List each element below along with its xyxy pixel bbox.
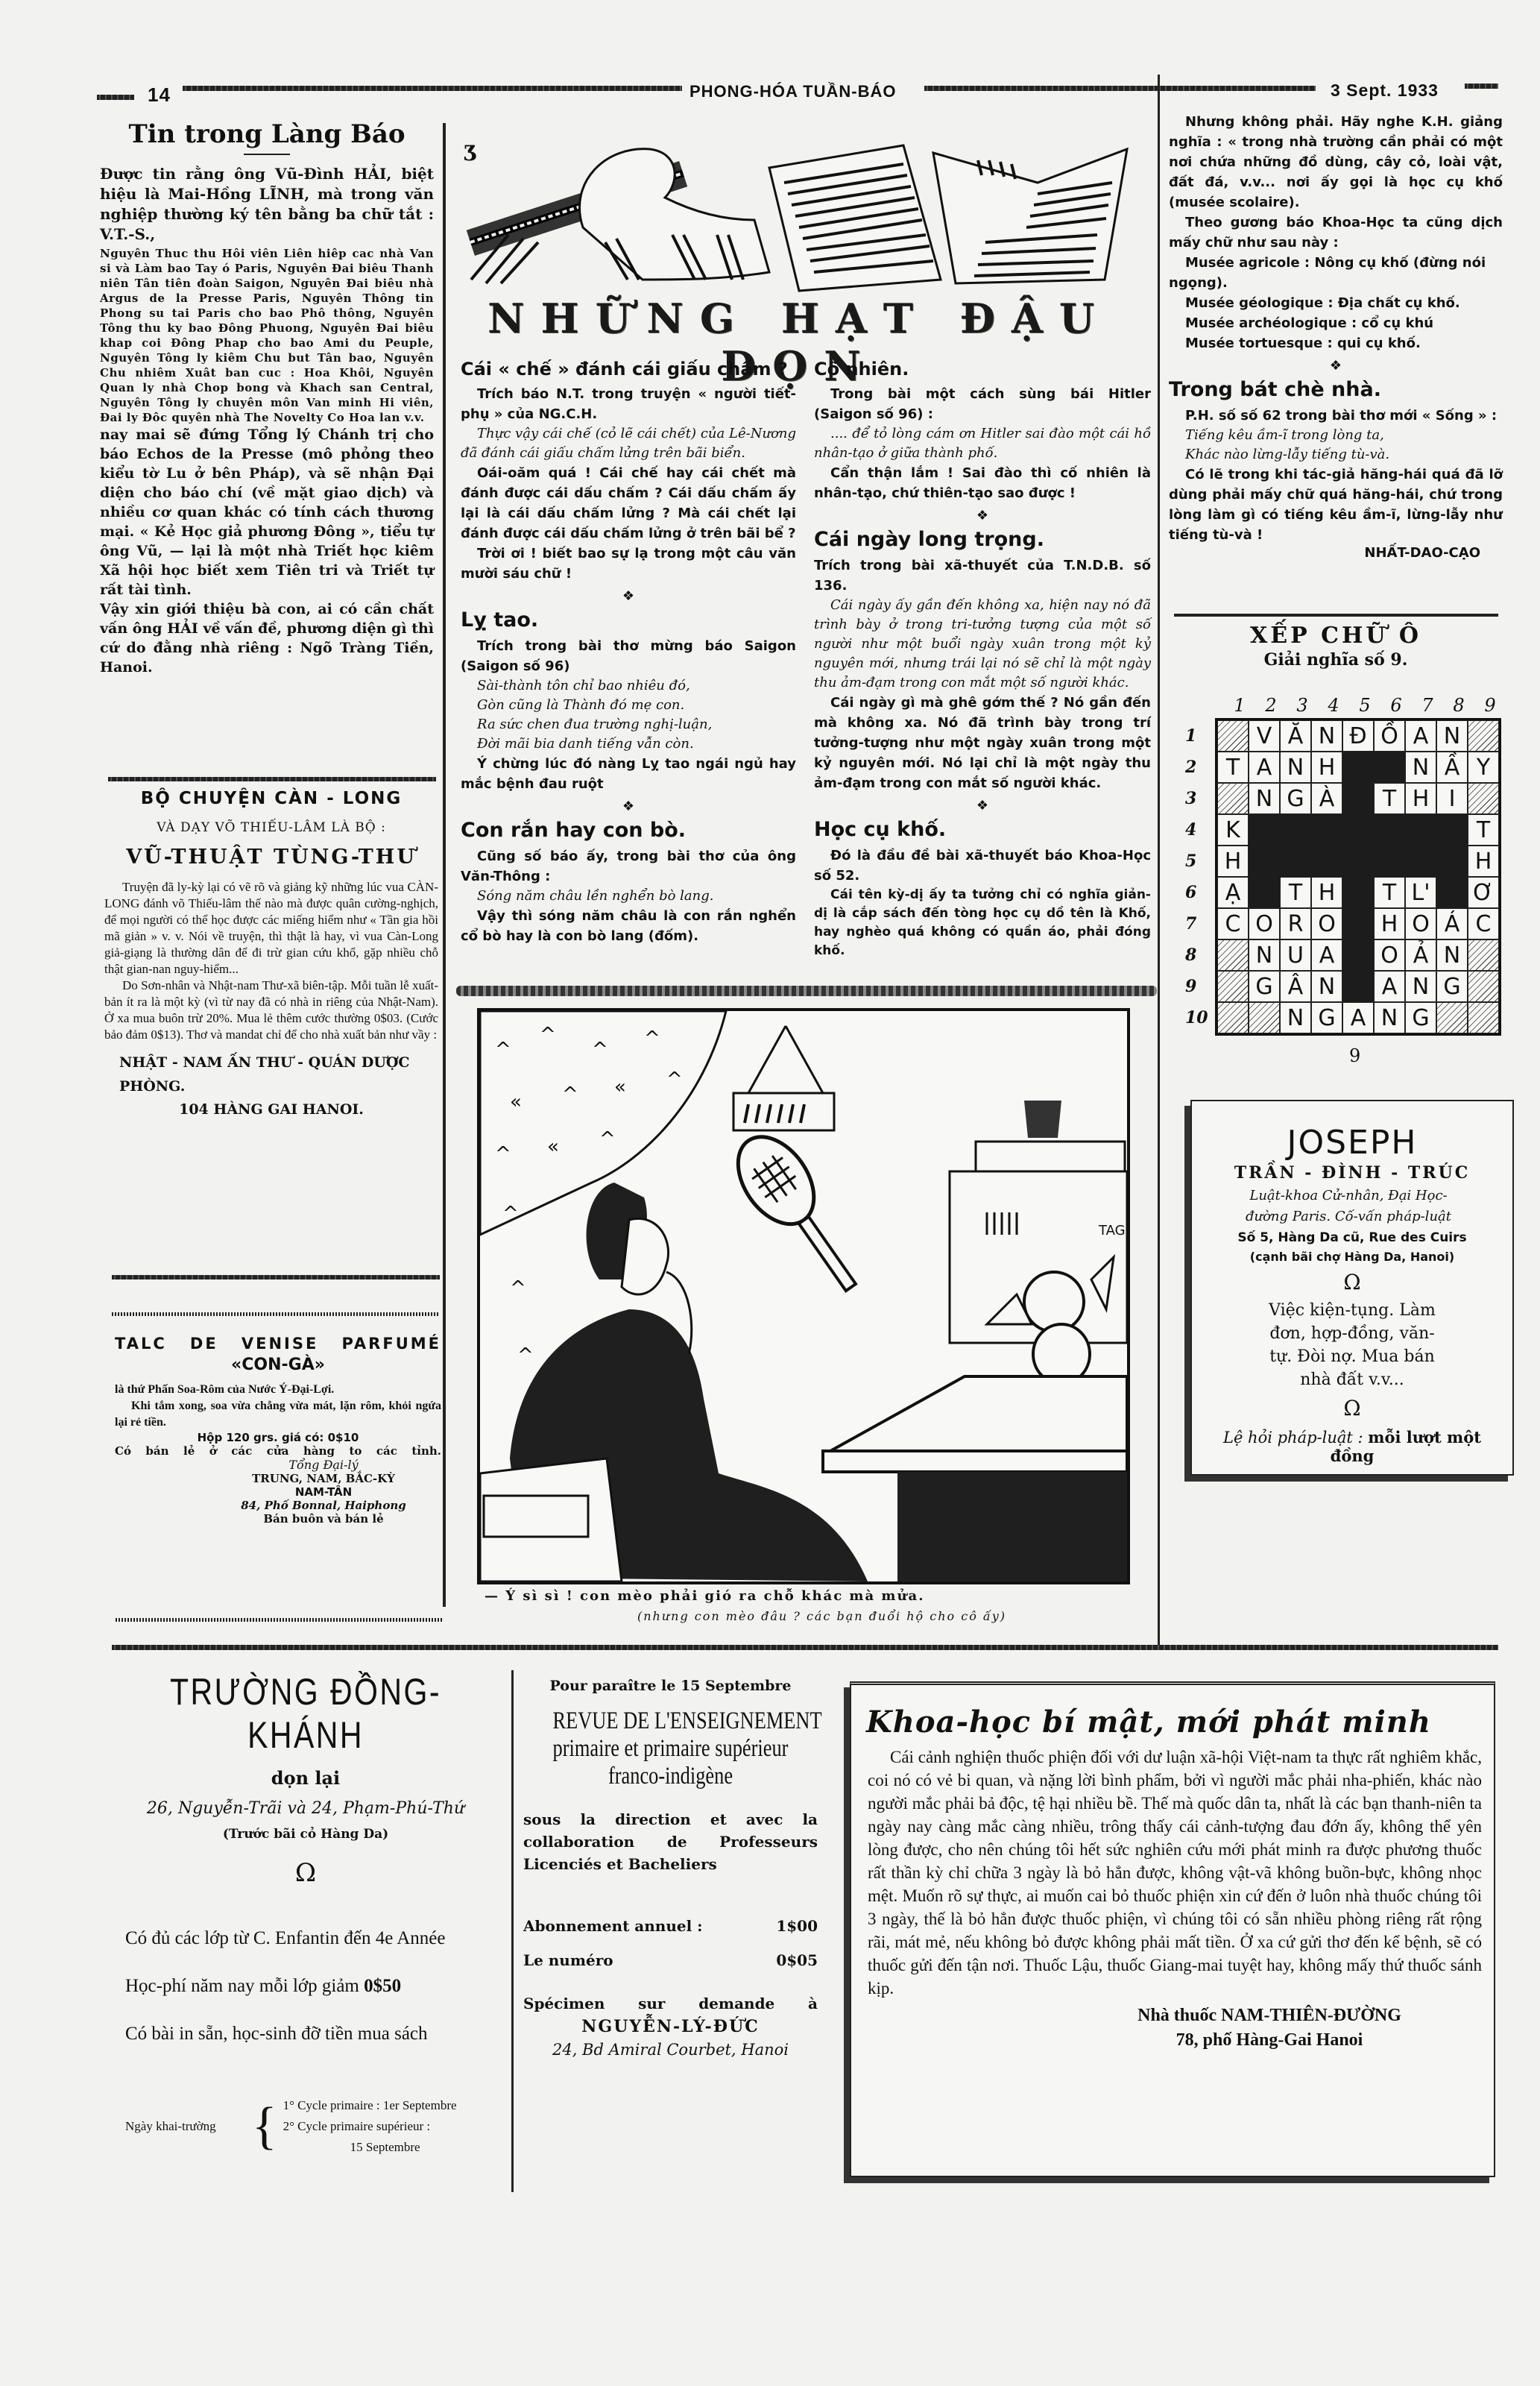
- ornament-icon: Ω: [1192, 1396, 1512, 1420]
- ornament-icon: Ω: [1192, 1270, 1512, 1294]
- fee-label: Lệ hỏi pháp-luật :: [1223, 1429, 1363, 1447]
- header-rule-right: [1465, 84, 1498, 89]
- crossword-hatched-cell: [1468, 1002, 1499, 1033]
- crossword-letter-cell: N: [1249, 939, 1280, 971]
- crossword-letter-cell: O: [1374, 939, 1405, 971]
- crossword-letter-cell: A: [1249, 752, 1280, 783]
- crossword-black-cell: [1342, 908, 1374, 939]
- svg-text:^: ^: [644, 1027, 660, 1050]
- crossword-letter-cell: H: [1311, 752, 1342, 783]
- crossword-letter-cell: A: [1311, 939, 1342, 971]
- ornament-icon: ❖: [461, 799, 796, 814]
- publisher-address: 104 HÀNG GAI HANOI.: [104, 1101, 438, 1118]
- divider-dotted: [112, 1312, 440, 1316]
- article-para: P.H. số số 62 trong bài thơ mới « Sống »…: [1169, 406, 1503, 426]
- crossword-letter-cell: Ạ: [1217, 877, 1249, 908]
- publisher-name: NHẬT - NAM ẤN THƯ - QUÁN DƯỢC PHÒNG.: [104, 1051, 438, 1098]
- cartoon-caption: — Ý sì sì ! con mèo phải gió ra chỗ khác…: [485, 1588, 924, 1604]
- article-column-c: Nhưng không phải. Hãy nghe K.H. giảng ng…: [1169, 112, 1503, 561]
- ad-paragraph-2: Do Sơn-nhân và Nhật-nam Thư-xã biên-tập.…: [104, 978, 438, 1043]
- joseph-ad: JOSEPH TRẦN - ĐÌNH - TRÚC Luật-khoa Cử-n…: [1190, 1100, 1514, 1476]
- crossword-letter-cell: H: [1311, 877, 1342, 908]
- crossword-letter-cell: N: [1249, 783, 1280, 814]
- revue-price-issue: Le numéro 0$05: [523, 1951, 818, 1969]
- crossword-black-cell: [1342, 877, 1374, 908]
- can-long-ad: BỘ CHUYỆN CÀN - LONG VÀ DẠY VÕ THIẾU-LÂM…: [104, 789, 438, 1118]
- svg-text:^: ^: [592, 1039, 608, 1061]
- article-para: Đó là đầu đề bài xã-thuyết báo Khoa-Học …: [814, 846, 1151, 886]
- crossword-letter-cell: G: [1280, 783, 1311, 814]
- crossword-col-label: 5: [1349, 695, 1380, 716]
- talc-brand: «CON-GÀ»: [115, 1356, 441, 1374]
- issue-date: 3 Sept. 1933: [1331, 81, 1439, 101]
- ornament-icon: Ω: [112, 1858, 499, 1888]
- revue-subtitle-1: primaire et primaire supérieur: [553, 1735, 789, 1763]
- crossword-letter-cell: Ă: [1280, 720, 1311, 752]
- article-para: Nhưng không phải. Hãy nghe K.H. giảng ng…: [1169, 112, 1503, 213]
- crossword-title: XẾP CHỮ Ô: [1169, 623, 1503, 649]
- svg-text:^: ^: [517, 1344, 534, 1367]
- crossword-hatched-cell: [1217, 939, 1249, 971]
- banner-illustration: Ʒ: [456, 123, 1142, 295]
- crossword-letter-cell: O: [1405, 908, 1436, 939]
- crossword-letter-cell: H: [1374, 908, 1405, 939]
- article-para: Vậy thì sóng năm châu là con rắn nghển c…: [461, 906, 796, 946]
- crossword-black-cell: [1405, 814, 1436, 846]
- svg-text:^: ^: [540, 1024, 556, 1046]
- article-signature: NHẤT-DAO-CẠO: [1169, 545, 1503, 561]
- crossword-letter-cell: R: [1280, 908, 1311, 939]
- crossword-black-cell: [1342, 846, 1374, 877]
- opening-item: 15 Septembre: [283, 2137, 457, 2158]
- ad-body: Cái cảnh nghiện thuốc phiện đối với dư l…: [851, 1740, 1494, 2000]
- crossword-letter-cell: Ơ: [1468, 877, 1499, 908]
- svg-text:^: ^: [495, 1143, 511, 1165]
- crossword-row-label: 6: [1185, 877, 1215, 908]
- article-para: Trời ơi ! biết bao sự lạ trong một câu v…: [461, 544, 796, 584]
- article-quote: .... để tỏ lòng cám ơn Hitler sai đào mộ…: [814, 424, 1151, 463]
- crossword-letter-cell: Ầ: [1436, 752, 1468, 783]
- crossword-black-cell: [1249, 814, 1280, 846]
- crossword-hatched-cell: [1249, 1002, 1280, 1033]
- crossword-hatched-cell: [1217, 783, 1249, 814]
- crossword-letter-cell: A: [1374, 971, 1405, 1002]
- crossword-black-cell: [1280, 814, 1311, 846]
- revue-subtitle-2: franco-indigène: [553, 1763, 789, 1790]
- school-subtitle: dọn lại: [112, 1767, 499, 1789]
- crossword-letter-cell: C: [1217, 908, 1249, 939]
- ornament-icon: ❖: [814, 508, 1151, 523]
- opening-dates: Ngày khai-trường { 1° Cycle primaire : 1…: [112, 2095, 499, 2158]
- revue-direction: sous la direction et avec la collaborati…: [523, 1808, 818, 1875]
- article-para: Có lẽ trong khi tác-giả hăng-hái quá đã …: [1169, 465, 1503, 545]
- cartoon-subcaption: (nhưng con mèo đâu ? các bạn đuổi hộ cho…: [637, 1609, 1006, 1623]
- tuition-text: Học-phí năm nay mỗi lớp giảm: [125, 1976, 359, 1996]
- poem-line: Khác nào lừng-lẫy tiếng tù-và.: [1169, 445, 1503, 465]
- crossword-row-label: 2: [1185, 752, 1215, 783]
- crossword-letter-cell: N: [1436, 939, 1468, 971]
- crossword-letter-cell: V: [1249, 720, 1280, 752]
- crossword-row-labels: 12345678910: [1185, 720, 1215, 1033]
- crossword-row-label: 8: [1185, 939, 1215, 971]
- revue-contact-address: 24, Bd Amiral Courbet, Hanoi: [523, 2041, 818, 2059]
- museum-list-item: Musée archéologique : cổ cụ khú: [1169, 313, 1503, 333]
- ornament-icon: ❖: [1169, 358, 1503, 374]
- hand-with-pen-and-newspapers-icon: Ʒ: [456, 123, 1142, 295]
- section-title: Tin trong Làng Báo: [100, 119, 434, 149]
- agent-label: Tổng Đại-lý: [227, 1458, 420, 1472]
- svg-text:«: «: [614, 1076, 626, 1098]
- crossword-subtitle: Giải nghĩa số 9.: [1169, 650, 1503, 670]
- issue-label: Le numéro: [523, 1951, 613, 1969]
- article-para: Cũng số báo ấy, trong bài thơ của ông Vă…: [461, 846, 796, 887]
- school-address: 26, Nguyễn-Trãi và 24, Phạm-Phú-Thứ: [112, 1799, 499, 1818]
- crossword-letter-cell: N: [1374, 1002, 1405, 1033]
- title-underline: [244, 154, 290, 155]
- ad-fullname: TRẦN - ĐÌNH - TRÚC: [1192, 1163, 1512, 1183]
- poem-line: Sài-thành tôn chỉ bao nhiêu đó,: [461, 676, 796, 696]
- opening-item: 2° Cycle primaire supérieur :: [283, 2116, 457, 2137]
- opening-label: Ngày khai-trường: [112, 2119, 252, 2134]
- crossword-grid: VĂNĐỒANTANHNẦYNGÀTHIKTHHẠTHTL'ƠCOROHOÁCN…: [1215, 718, 1501, 1036]
- closing-paragraph: Vậy xin giới thiệu bà con, ai có cần chấ…: [100, 599, 434, 677]
- opening-list: 1° Cycle primaire : 1er Septembre 2° Cyc…: [283, 2095, 457, 2158]
- ad-line1: BỘ CHUYỆN CÀN - LONG: [104, 789, 438, 808]
- woman-with-tennis-racket-illustration: ^^^^ «^«^ ^«^ ^^^^ TAG: [480, 1011, 1127, 1581]
- crossword-hatched-cell: [1217, 971, 1249, 1002]
- ad-name: JOSEPH: [1192, 1124, 1512, 1162]
- crossword-black-cell: [1374, 846, 1405, 877]
- revue-ad: Pour paraître le 15 Septembre REVUE DE L…: [523, 1678, 818, 2059]
- column-divider-2: [1158, 75, 1160, 1648]
- svg-text:^: ^: [666, 1068, 683, 1091]
- crossword-black-cell: [1249, 877, 1280, 908]
- crossword-col-labels: 123456789: [1224, 695, 1506, 716]
- header-rule-mid-right: [924, 86, 1316, 91]
- ornament-icon: ❖: [814, 798, 1151, 813]
- wavy-divider: [456, 986, 1157, 996]
- crossword-letter-cell: O: [1311, 908, 1342, 939]
- revue-announce: Pour paraître le 15 Septembre: [523, 1678, 818, 1694]
- header-rule-left: [97, 95, 134, 100]
- crossword-black-cell: [1249, 846, 1280, 877]
- bottom-section-rule: [112, 1645, 1498, 1650]
- crossword-letter-cell: N: [1405, 971, 1436, 1002]
- crossword-letter-cell: K: [1217, 814, 1249, 846]
- article-para: Theo gương báo Khoa-Học ta cũng dịch mấy…: [1169, 213, 1503, 253]
- crossword-black-cell: [1342, 752, 1374, 783]
- opening-brace: {: [252, 2100, 277, 2153]
- article-para: Trong bài một cách sùng bái Hitler (Saig…: [814, 384, 1151, 424]
- dong-khanh-ad: TRƯỜNG ĐỒNG-KHÁNH dọn lại 26, Nguyễn-Trã…: [112, 1670, 499, 2158]
- crossword-letter-cell: T: [1374, 877, 1405, 908]
- talc-agent: Tổng Đại-lý TRUNG, NAM, BẮC-KỲ NAM-TÂN 8…: [227, 1458, 420, 1526]
- talc-retail: Có bán lẻ ở các cửa hàng to các tỉnh.: [115, 1444, 441, 1458]
- crossword-black-cell: [1311, 814, 1342, 846]
- crossword-col-label: 6: [1380, 695, 1412, 716]
- article-co-nhien: Cố nhiên. Trong bài một cách sùng bái Hi…: [814, 359, 1151, 503]
- tuition-value: 0$50: [364, 1976, 401, 1996]
- crossword-col-label: 1: [1224, 695, 1255, 716]
- ad-credentials: Luật-khoa Cử-nhân, Đại Học-đường Paris. …: [1192, 1186, 1512, 1227]
- crossword-top-rule: [1174, 614, 1498, 617]
- ornament-icon: ❖: [461, 588, 796, 604]
- crossword-col-label: 2: [1255, 695, 1287, 716]
- crossword-letter-cell: Đ: [1342, 720, 1374, 752]
- crossword-letter-cell: H: [1217, 846, 1249, 877]
- ad-address-2: (cạnh bãi chợ Hàng Da, Hanoi): [1192, 1250, 1512, 1264]
- svg-text:^: ^: [495, 1039, 511, 1061]
- crossword-row-label: 3: [1185, 783, 1215, 814]
- school-title: TRƯỜNG ĐỒNG-KHÁNH: [147, 1670, 464, 1757]
- article-para: Oái-oăm quá ! Cái chế hay cái chết mà đá…: [461, 463, 796, 544]
- article-ly-tao: Lỵ tao. Trích trong bài thơ mừng báo Sai…: [461, 608, 796, 794]
- crossword-letter-cell: N: [1405, 752, 1436, 783]
- crossword-letter-cell: N: [1311, 720, 1342, 752]
- crossword-hatched-cell: [1468, 783, 1499, 814]
- crossword-col-label: 9: [1474, 695, 1506, 716]
- crossword-col-label: 7: [1412, 695, 1443, 716]
- crossword-row-label: 4: [1185, 814, 1215, 846]
- article-ngay-long-trong: Cái ngày long trọng. Trích trong bài xã-…: [814, 528, 1151, 793]
- school-landmark: (Trước bãi cỏ Hàng Da): [112, 1827, 499, 1842]
- crossword-letter-cell: G: [1311, 1002, 1342, 1033]
- crossword-col-label: 4: [1318, 695, 1349, 716]
- titles-block: Nguyên Thuc thu Hôi viên Liên hiêp cac n…: [100, 246, 434, 425]
- page-number: 14: [148, 84, 171, 107]
- crossword-black-cell: [1342, 783, 1374, 814]
- crossword-letter-cell: O: [1249, 908, 1280, 939]
- article-para: Cẩn thận lắm ! Sai đào thì cố nhiên là n…: [814, 463, 1151, 503]
- crossword-hatched-cell: [1468, 939, 1499, 971]
- crossword-letter-cell: C: [1468, 908, 1499, 939]
- crossword-letter-cell: Ả: [1405, 939, 1436, 971]
- crossword-letter-cell: N: [1311, 971, 1342, 1002]
- opening-item: 1° Cycle primaire : 1er Septembre: [283, 2095, 457, 2116]
- revue-contact: NGUYỄN-LÝ-ĐỨC: [523, 2017, 818, 2036]
- artist-mark: TAG: [1098, 1223, 1126, 1238]
- ad-address-1: Số 5, Hàng Da cũ, Rue des Cuirs: [1192, 1230, 1512, 1245]
- article-column-a: Cái « chế » đánh cái giấu chấm ? Trích b…: [461, 354, 796, 946]
- crossword-black-cell: [1342, 971, 1374, 1002]
- crossword-black-cell: [1342, 814, 1374, 846]
- crossword-black-cell: [1436, 877, 1468, 908]
- crossword-letter-cell: H: [1468, 846, 1499, 877]
- poem-line: Gòn cũng là Thành đó mẹ con.: [461, 696, 796, 715]
- crossword-letter-cell: T: [1280, 877, 1311, 908]
- article-heading: Con rắn hay con bò.: [461, 819, 796, 842]
- article-heading: Lỵ tao.: [461, 608, 796, 632]
- crossword-row-label: 9: [1185, 971, 1215, 1002]
- talc-desc-2: Khi tắm xong, soa vừa chẳng vừa mát, lặn…: [115, 1398, 441, 1431]
- column-divider-1: [443, 123, 446, 1607]
- article-heading: Học cụ khố.: [814, 818, 1151, 841]
- khoa-hoc-ad: Khoa-học bí mật, mới phát minh Cái cảnh …: [850, 1681, 1495, 2177]
- crossword-hatched-cell: [1436, 1002, 1468, 1033]
- crossword-footer: 9: [1349, 1045, 1360, 1066]
- crossword-letter-cell: G: [1405, 1002, 1436, 1033]
- poem-line: Tiếng kêu ầm-ĩ trong lòng ta,: [1169, 426, 1503, 445]
- revue-title: REVUE DE L'ENSEIGNEMENT: [553, 1707, 789, 1735]
- talc-price: Hộp 120 grs. giá có: 0$10: [115, 1431, 441, 1444]
- crossword-black-cell: [1436, 846, 1468, 877]
- cartoon-illustration: ^^^^ «^«^ ^«^ ^^^^ TAG: [477, 1008, 1130, 1584]
- crossword-letter-cell: T: [1217, 752, 1249, 783]
- crossword-row-label: 10: [1185, 1002, 1215, 1033]
- lead-paragraph: Được tin rằng ông Vũ-Đình HẢI, biệt hiệu…: [100, 164, 434, 245]
- tin-trong-lang-bao-section: Tin trong Làng Báo Được tin rằng ông Vũ-…: [100, 119, 434, 677]
- ad-title: VŨ-THUẬT TÙNG-THƯ: [104, 846, 438, 869]
- crossword-black-cell: [1436, 814, 1468, 846]
- poem-line: Ra sức chen đua trường nghị-luận,: [461, 715, 796, 734]
- ad-shop: Nhà thuốc NAM-THIÊN-ĐƯỜNG: [851, 2006, 1494, 2026]
- crossword-letter-cell: L': [1405, 877, 1436, 908]
- ad-title: Khoa-học bí mật, mới phát minh: [851, 1685, 1494, 1740]
- body-paragraph: nay mai sẽ đứng Tổng lý Chánh trị cho bá…: [100, 425, 434, 599]
- annual-value: 1$00: [776, 1917, 818, 1935]
- museum-list-item: Musée agricole : Nông cụ khố (đừng nói n…: [1169, 253, 1503, 293]
- crossword-letter-cell: G: [1249, 971, 1280, 1002]
- article-quote: Cái ngày ấy gần đến không xa, hiện nay n…: [814, 596, 1151, 693]
- bottom-divider-1: [511, 1670, 514, 2192]
- crossword-col-label: 8: [1443, 695, 1474, 716]
- crossword-letter-cell: T: [1374, 783, 1405, 814]
- ad-shop-address: 78, phố Hàng-Gai Hanoi: [851, 2030, 1494, 2050]
- crossword-section: XẾP CHỮ Ô Giải nghĩa số 9.: [1169, 623, 1503, 670]
- agent-regions: TRUNG, NAM, BẮC-KỲ: [227, 1472, 420, 1485]
- article-heading: Cố nhiên.: [814, 359, 1151, 380]
- museum-list-item: Musée tortuesque : qui cụ khố.: [1169, 333, 1503, 353]
- svg-text:^: ^: [599, 1128, 616, 1150]
- revue-price-annual: Abonnement annuel : 1$00: [523, 1917, 818, 1935]
- ad-services: Việc kiện-tụng. Làm đơn, hợp-đồng, văn-t…: [1192, 1299, 1512, 1391]
- crossword-row-label: 5: [1185, 846, 1215, 877]
- school-line-1: Có đủ các lớp từ C. Enfantin đến 4e Anné…: [112, 1928, 499, 1949]
- poem-line: Đời mãi bia danh tiếng vẫn còn.: [461, 734, 796, 754]
- crossword-hatched-cell: [1217, 1002, 1249, 1033]
- crossword-letter-cell: Ồ: [1374, 720, 1405, 752]
- crossword-hatched-cell: [1468, 720, 1499, 752]
- crossword-black-cell: [1311, 846, 1342, 877]
- article-para: Cái tên kỳ-dị ấy ta tưởng chỉ có nghĩa g…: [814, 886, 1151, 960]
- article-column-b: Cố nhiên. Trong bài một cách sùng bái Hi…: [814, 354, 1151, 960]
- ad-fee: Lệ hỏi pháp-luật : mỗi lượt một đồng: [1192, 1428, 1512, 1465]
- crossword-letter-cell: G: [1436, 971, 1468, 1002]
- article-para: Trích báo N.T. trong truyện « người tiết…: [461, 384, 796, 424]
- crossword-letter-cell: Á: [1436, 908, 1468, 939]
- museum-list-item: Musée géologique : Địa chất cụ khố.: [1169, 293, 1503, 313]
- divider-dotted: [116, 1618, 444, 1622]
- crossword-hatched-cell: [1217, 720, 1249, 752]
- crossword-letter-cell: N: [1280, 1002, 1311, 1033]
- svg-text:^: ^: [510, 1277, 526, 1300]
- crossword-black-cell: [1374, 752, 1405, 783]
- ad-line2: VÀ DẠY VÕ THIẾU-LÂM LÀ BỘ :: [104, 820, 438, 835]
- crossword-letter-cell: N: [1280, 752, 1311, 783]
- divider-rule: [108, 777, 436, 781]
- crossword-col-label: 3: [1287, 695, 1318, 716]
- talc-ad: TALC DE VENISE PARFUMÉ «CON-GÀ» là thứ P…: [115, 1335, 441, 1526]
- crossword-letter-cell: T: [1468, 814, 1499, 846]
- school-line-2: Học-phí năm nay mỗi lớp giảm 0$50: [112, 1976, 499, 1997]
- svg-text:«: «: [547, 1136, 559, 1158]
- revue-specimen: Spécimen sur demande à: [523, 1995, 818, 2012]
- svg-text:«: «: [510, 1091, 522, 1113]
- publication-title: PHONG-HÓA TUẦN-BÁO: [689, 82, 897, 101]
- ad-paragraph-1: Truyện đã ly-kỳ lại có vẽ rõ và giảng kỹ…: [104, 879, 438, 978]
- article-para: Trích trong bài thơ mừng báo Saigon (Sai…: [461, 636, 796, 676]
- header-rule-mid-left: [183, 86, 682, 91]
- crossword-black-cell: [1374, 814, 1405, 846]
- article-para: Cái ngày gì mà ghê gớm thế ? Nó gần đến …: [814, 693, 1151, 793]
- crossword-black-cell: [1405, 846, 1436, 877]
- talc-desc-1: là thứ Phấn Soa-Rôm của Nước Ý-Đại-Lợi.: [115, 1382, 441, 1398]
- crossword-letter-cell: N: [1436, 720, 1468, 752]
- article-heading: Cái « chế » đánh cái giấu chấm ?: [461, 359, 796, 380]
- issue-value: 0$05: [776, 1951, 818, 1969]
- article-para: Ý chừng lúc đó nàng Lỵ tao ngái ngủ hay …: [461, 754, 796, 794]
- talc-title: TALC DE VENISE PARFUMÉ: [115, 1335, 441, 1353]
- crossword-letter-cell: H: [1405, 783, 1436, 814]
- article-hoc-cu-kho: Học cụ khố. Đó là đầu đề bài xã-thuyết b…: [814, 818, 1151, 960]
- agent-note: Bán buôn và bán lẻ: [227, 1512, 420, 1526]
- crossword-black-cell: [1280, 846, 1311, 877]
- poem-line: Sóng năm châu lền nghển bò lang.: [461, 887, 796, 906]
- svg-text:^: ^: [502, 1203, 519, 1225]
- article-quote: Thực vậy cái chế (cỏ lẽ cái chết) của Lê…: [461, 424, 796, 463]
- crossword-letter-cell: A: [1405, 720, 1436, 752]
- svg-text:Ʒ: Ʒ: [464, 141, 477, 166]
- article-bat-che: Trong bát chè nhà. P.H. số số 62 trong b…: [1169, 378, 1503, 561]
- school-line-3: Có bài in sẵn, học-sinh đỡ tiền mua sách: [112, 2024, 499, 2045]
- crossword-letter-cell: U: [1280, 939, 1311, 971]
- article-che: Cái « chế » đánh cái giấu chấm ? Trích b…: [461, 359, 796, 584]
- agent-address: 84, Phố Bonnal, Haiphong: [227, 1499, 420, 1512]
- annual-label: Abonnement annuel :: [523, 1917, 703, 1935]
- crossword-letter-cell: Â: [1280, 971, 1311, 1002]
- article-heading: Cái ngày long trọng.: [814, 528, 1151, 551]
- crossword-row-label: 1: [1185, 720, 1215, 752]
- crossword-letter-cell: A: [1342, 1002, 1374, 1033]
- crossword-black-cell: [1342, 939, 1374, 971]
- divider-rule: [112, 1275, 440, 1279]
- svg-text:^: ^: [562, 1083, 578, 1106]
- crossword-letter-cell: Y: [1468, 752, 1499, 783]
- article-heading: Trong bát chè nhà.: [1169, 378, 1503, 401]
- crossword-hatched-cell: [1468, 971, 1499, 1002]
- crossword-letter-cell: À: [1311, 783, 1342, 814]
- agent-name: NAM-TÂN: [227, 1485, 420, 1499]
- crossword-row-label: 7: [1185, 908, 1215, 939]
- crossword-letter-cell: I: [1436, 783, 1468, 814]
- article-con-ran: Con rắn hay con bò. Cũng số báo ấy, tron…: [461, 819, 796, 946]
- article-para: Trích trong bài xã-thuyết của T.N.D.B. s…: [814, 555, 1151, 596]
